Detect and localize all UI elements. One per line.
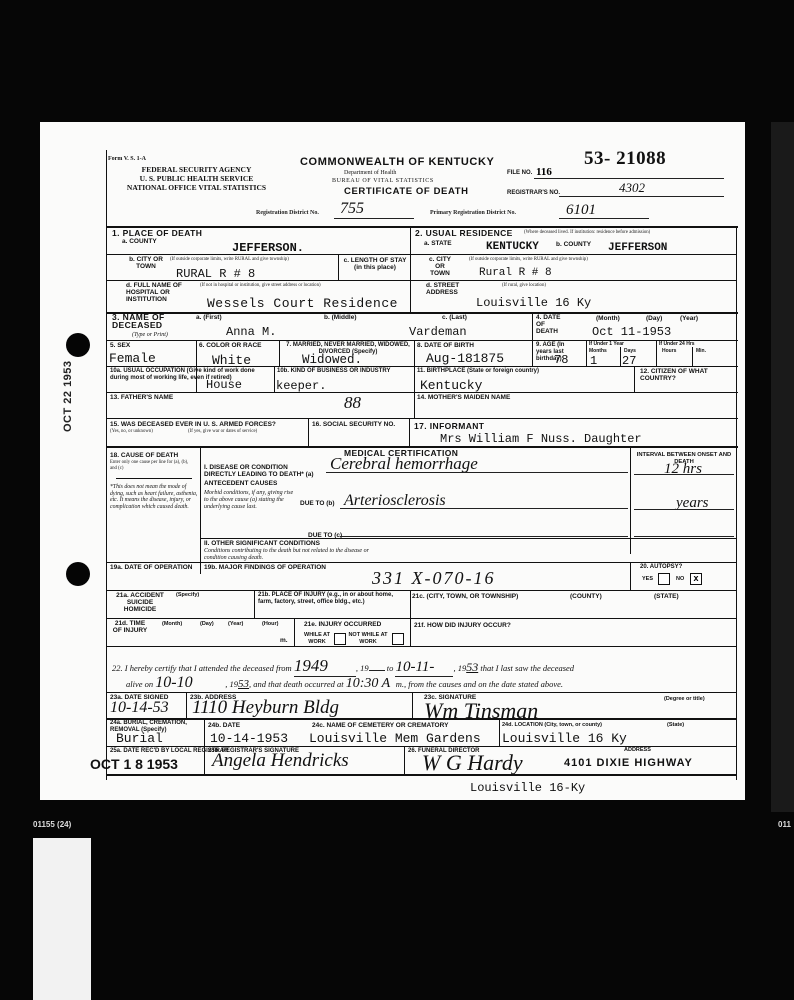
injury-meridiem-label: m. [280, 637, 288, 644]
underline [326, 472, 628, 473]
autopsy-no-checkbox[interactable]: x [690, 573, 702, 585]
certify-text: that I last saw the deceased [480, 663, 574, 673]
punch-hole [66, 562, 90, 586]
minutes-label: Min. [696, 348, 706, 355]
antecedent-causes-label: ANTECEDENT CAUSES [204, 480, 277, 487]
informant-label: 17. INFORMANT [414, 421, 484, 431]
col-divider [630, 562, 631, 590]
city-label: b. CITY OR TOWN [126, 256, 166, 270]
row-divider [106, 618, 736, 619]
col-divider [532, 340, 533, 366]
row-divider [106, 254, 410, 255]
operation-date-label: 19a. DATE OF OPERATION [110, 564, 194, 571]
cemetery-label: 24c. NAME OF CEMETERY OR CREMATORY [312, 722, 448, 729]
death-county-value: JEFFERSON. [232, 241, 304, 255]
occupation-label: 10a. USUAL OCCUPATION (Give kind of work… [110, 368, 270, 382]
physician-signature-value: Wm Tinsman [424, 698, 538, 724]
row-divider [106, 646, 736, 647]
cause-of-death-note: Enter only one cause per line for (a), (… [110, 460, 196, 471]
underline [559, 196, 724, 197]
residence-county-label: b. COUNTY [556, 241, 591, 248]
injury-county-label: (COUNTY) [570, 593, 602, 600]
street-note: (If rural, give location) [502, 283, 546, 289]
injury-city-label: 21c. (CITY, TOWN, OR TOWNSHIP) [412, 593, 518, 600]
row-divider [106, 366, 738, 367]
row-divider [106, 340, 738, 341]
certify-text: m., from the causes and on the date stat… [396, 679, 563, 689]
col-divider [656, 340, 657, 366]
col-divider [620, 347, 621, 366]
other-conditions-note: Conditions contributing to the death but… [204, 548, 384, 562]
burial-date-label: 24b. DATE [208, 722, 240, 729]
state-title: COMMONWEALTH OF KENTUCKY [300, 156, 494, 168]
date-of-death-value: Oct 11-1953 [592, 325, 671, 339]
date-received-stamp: OCT 1 8 1953 [90, 756, 178, 772]
sex-value: Female [109, 351, 156, 366]
file-no-label: FILE NO. [507, 170, 532, 177]
row-divider [106, 590, 736, 591]
middle-name-label: b. (Middle) [324, 314, 357, 321]
armed-forces-note: (Yes, no, or unknown) [110, 429, 153, 435]
time-of-injury-label: 21d. TIME OF INJURY [110, 620, 150, 634]
citizen-label: 12. CITIZEN OF WHAT COUNTRY? [640, 368, 730, 382]
usual-residence-title: 2. USUAL RESIDENCE [415, 228, 513, 238]
injury-hour-label: (Hour) [262, 621, 279, 628]
injury-occurred-label: 21e. INJURY OCCURRED [304, 621, 381, 628]
operation-findings-label: 19b. MAJOR FINDINGS OF OPERATION [204, 564, 326, 571]
institution-value: Wessels Court Residence [207, 296, 398, 311]
month-label: (Month) [596, 315, 620, 322]
last-name-value: Vardeman [409, 325, 467, 339]
underline [559, 218, 649, 219]
row-divider [106, 562, 736, 563]
registration-district-label: Registration District No. [256, 211, 319, 217]
col-divider [279, 340, 280, 366]
director-address-value: 4101 DIXIE HIGHWAY [564, 757, 693, 769]
date-of-birth-value: Aug-181875 [426, 351, 504, 366]
certify-text: , 19 [225, 679, 238, 689]
burial-date-value: 10-14-1953 [210, 731, 288, 746]
certify-text: alive on [126, 679, 153, 689]
col-divider [308, 418, 309, 446]
next-frame-leader [33, 838, 91, 1000]
last-name-label: c. (Last) [442, 314, 467, 321]
injury-day-label: (Day) [200, 621, 214, 628]
underline [534, 178, 724, 179]
registrar-no-label: REGISTRAR'S NO. [507, 190, 560, 197]
race-label: 6. COLOR OR RACE [199, 342, 261, 349]
institution-note: (If not in hospital or institution, give… [200, 283, 400, 289]
accident-suicide-homicide-label: 21a. ACCIDENT SUICIDE HOMICIDE [110, 592, 170, 613]
primary-district-label: Primary Registration District No. [430, 211, 516, 217]
agency-line: NATIONAL OFFICE VITAL STATISTICS [104, 183, 289, 192]
col-divider [499, 718, 500, 746]
autopsy-yes-label: YES [642, 576, 653, 583]
adjacent-frame-edge [771, 122, 794, 812]
informant-value: Mrs William F Nuss. Daughter [440, 432, 642, 446]
col-divider [412, 692, 413, 718]
received-date-stamp: OCT 22 1953 [62, 360, 74, 432]
birthplace-label: 11. BIRTHPLACE (State or foreign country… [417, 368, 539, 375]
agency-line: FEDERAL SECURITY AGENCY [104, 165, 289, 174]
residence-county-value: JEFFERSON [608, 242, 667, 254]
under-24-hrs-label: If Under 24 Hrs [659, 341, 695, 348]
street-label: d. STREET ADDRESS [426, 282, 466, 296]
underline [334, 218, 414, 219]
bureau-name: BUREAU OF VITAL STATISTICS [332, 178, 434, 184]
occupation-value: House [206, 378, 242, 392]
physician-address-value: 1110 Heyburn Bldg [192, 697, 339, 719]
degree-title-label: (Degree or title) [664, 696, 705, 703]
antecedent-note: Morbid conditions, if any, giving rise t… [204, 490, 296, 511]
registrar-signature-value: Angela Hendricks [212, 750, 349, 772]
armed-forces-label: 15. WAS DECEASED EVER IN U. S. ARMED FOR… [110, 421, 276, 428]
underline [340, 536, 628, 537]
autopsy-label: 20. AUTOPSY? [640, 564, 682, 571]
row-divider [106, 418, 738, 419]
how-injury-occurred-label: 21f. HOW DID INJURY OCCUR? [414, 622, 511, 629]
form-border-left [106, 150, 107, 780]
type-or-print-note: (Type or Print) [132, 332, 168, 339]
col-divider [410, 226, 411, 312]
cemetery-value: Louisville Mem Gardens [309, 731, 481, 746]
col-divider [186, 692, 187, 718]
disease-condition-label: I. DISEASE OR CONDITION DIRECTLY LEADING… [204, 464, 314, 478]
agency-block: FEDERAL SECURITY AGENCY U. S. PUBLIC HEA… [104, 165, 289, 192]
col-divider [338, 254, 339, 280]
injury-state-label: (STATE) [654, 593, 679, 600]
residence-state-value: KENTUCKY [486, 241, 539, 253]
registration-district-value: 755 [340, 200, 364, 218]
cause-footnote: *This does not mean the mode of dying, s… [110, 484, 198, 510]
due-to-b-label: DUE TO (b) [300, 500, 335, 507]
death-time-value: 10:30 A [346, 676, 396, 693]
burial-state-label: (State) [667, 722, 684, 729]
marital-status-value: Widowed. [302, 353, 362, 367]
certify-line-2: alive on 10-10, 1953, and that death occ… [126, 674, 563, 693]
punch-hole [66, 333, 90, 357]
year-label: (Year) [680, 315, 698, 322]
col-divider [274, 366, 275, 392]
age-value: 78 [554, 353, 568, 367]
autopsy-yes-checkbox[interactable] [658, 573, 670, 585]
father-name-label: 13. FATHER'S NAME [110, 394, 173, 401]
burial-location-label: 24d. LOCATION (City, town, or county) [502, 722, 602, 729]
hours-label: Hours [662, 348, 676, 355]
armed-forces-note-2: (If yes, give war or dates of service) [188, 429, 257, 435]
operation-findings-value: 331 X-070-16 [372, 568, 495, 589]
col-divider [404, 746, 405, 774]
director-city-value: Louisville 16-Ky [470, 781, 585, 795]
certify-text: , and that death occurred at [249, 679, 344, 689]
col-divider [414, 340, 415, 366]
row-divider [410, 254, 736, 255]
residence-city-label: c. CITY OR TOWN [426, 256, 454, 277]
primary-district-value: 6101 [566, 202, 596, 219]
under-1-year-label: If Under 1 Year [589, 341, 624, 348]
funeral-director-signature: W G Hardy [422, 750, 523, 776]
certify-text: 22. I hereby certify that I attended the… [112, 663, 292, 673]
death-city-value: RURAL R # 8 [176, 267, 255, 281]
form-bottom-border [106, 774, 736, 776]
autopsy-no-label: NO [676, 576, 684, 583]
director-address-label: ADDRESS [624, 747, 651, 754]
certificate-title: CERTIFICATE OF DEATH [344, 186, 469, 197]
last-seen-alive-value: 10-10 [155, 674, 225, 693]
department-name: Department of Health [344, 170, 396, 176]
while-at-work-checkbox[interactable] [334, 633, 346, 645]
col-divider [692, 347, 693, 366]
institution-label: d. FULL NAME OF HOSPITAL OR INSTITUTION [126, 282, 196, 303]
not-while-at-work-checkbox[interactable] [392, 633, 404, 645]
disposition-value: Burial [116, 731, 163, 746]
row-divider [200, 538, 736, 539]
length-of-stay-label: c. LENGTH OF STAY (in this place) [342, 257, 408, 271]
sex-label: 5. SEX [110, 342, 130, 349]
place-of-death-title: 1. PLACE OF DEATH [112, 228, 202, 238]
date-of-birth-label: 8. DATE OF BIRTH [417, 342, 474, 349]
certificate-form: Form V. S. 1-A FEDERAL SECURITY AGENCY U… [104, 150, 738, 780]
mother-maiden-name-label: 14. MOTHER'S MAIDEN NAME [417, 394, 510, 401]
not-while-at-work-label: NOT WHILE AT WORK [348, 632, 388, 646]
attended-to-year: 53 [466, 660, 478, 674]
social-security-label: 16. SOCIAL SECURITY NO. [312, 421, 406, 428]
underline [634, 474, 734, 475]
col-divider [634, 366, 635, 392]
form-border-right [736, 226, 737, 780]
film-frame-label: 01155 (24) [33, 820, 71, 829]
row-divider [106, 392, 738, 393]
cause-of-death-label: 18. CAUSE OF DEATH [110, 452, 178, 459]
usual-residence-note: (Where deceased lived. If institution: r… [524, 230, 736, 236]
underline [634, 509, 734, 510]
date-of-death-label: 4. DATE OF DEATH [536, 314, 566, 335]
row-divider [410, 280, 736, 281]
certify-text: , 19 [356, 663, 369, 673]
col-divider [200, 446, 201, 574]
city-note: (If outside corporate limits, write RURA… [170, 257, 330, 263]
first-name-value: Anna M. [226, 325, 276, 339]
injury-month-label: (Month) [162, 621, 182, 628]
certify-text: , 19 [453, 663, 466, 673]
section-divider [106, 718, 736, 720]
injury-year-label: (Year) [228, 621, 243, 628]
underline [634, 536, 734, 537]
agency-line: U. S. PUBLIC HEALTH SERVICE [104, 174, 289, 183]
film-frame-label-next: 011 [778, 820, 791, 829]
state-file-number: 53- 21088 [584, 148, 666, 170]
col-divider [409, 418, 410, 446]
date-signed-value: 10-14-53 [110, 699, 169, 717]
deceased-name-label: 3. NAME OF DECEASED [112, 313, 182, 329]
certify-text: to [387, 663, 394, 673]
first-name-label: a. (First) [196, 314, 222, 321]
residence-city-value: Rural R # 8 [479, 267, 552, 279]
birthplace-value: Kentucky [420, 378, 482, 393]
business-value: keeper. [276, 379, 326, 393]
col-divider [294, 618, 295, 646]
col-divider [532, 312, 533, 340]
residence-street-value: Louisville 16 Ky [476, 296, 591, 310]
col-divider [586, 340, 587, 366]
day-label: (Day) [646, 315, 662, 322]
business-label: 10b. KIND OF BUSINESS OR INDUSTRY [277, 368, 409, 375]
while-at-work-label: WHILE AT WORK [302, 632, 332, 646]
father-name-value: 88 [344, 393, 361, 413]
underline [340, 508, 628, 509]
row-divider [106, 280, 410, 281]
footnote-rule [116, 478, 192, 479]
last-seen-alive-year: 53 [238, 678, 249, 690]
place-of-injury-label: 21b. PLACE OF INJURY (e.g., in or about … [258, 592, 408, 606]
form-number: Form V. S. 1-A [108, 156, 146, 162]
interval-a-value: 12 hrs [664, 461, 702, 478]
file-no-value: 116 [536, 166, 552, 178]
state-label: a. STATE [424, 240, 452, 247]
cause-a-value: Cerebral hemorrhage [330, 454, 478, 474]
residence-city-note: (If outside corporate limits, write RURA… [469, 257, 588, 263]
county-label: a. COUNTY [122, 238, 157, 245]
registrar-no-value: 4302 [619, 180, 645, 196]
row-divider [106, 692, 736, 693]
specify-label: (Specify) [176, 592, 199, 599]
col-divider [254, 590, 255, 618]
burial-location-value: Louisville 16 Ky [502, 731, 627, 746]
other-conditions-label: II. OTHER SIGNIFICANT CONDITIONS [204, 540, 320, 547]
